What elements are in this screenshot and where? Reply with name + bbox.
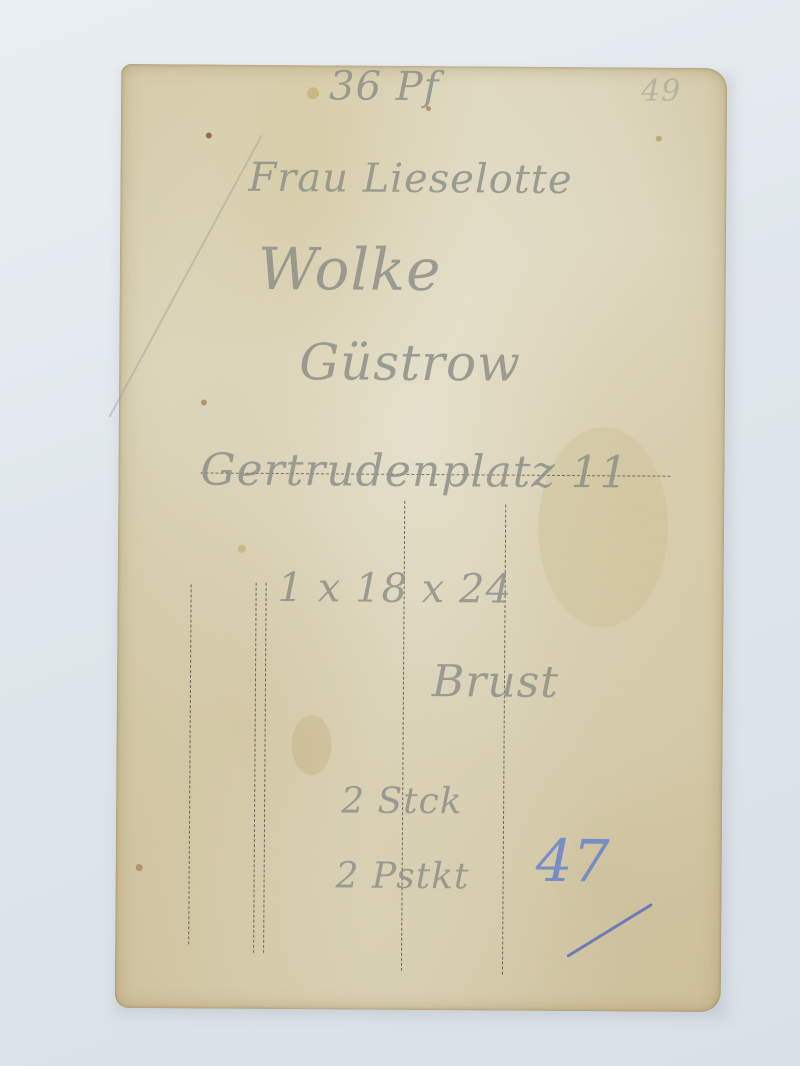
stain-spot bbox=[206, 132, 212, 138]
stain-spot bbox=[201, 399, 207, 405]
postcard-back: 36 Pf 49 Frau Lieselotte Wolke Güstrow G… bbox=[115, 64, 728, 1012]
divider-line bbox=[263, 583, 267, 953]
stain-spot bbox=[136, 864, 143, 871]
paper-crease bbox=[109, 135, 263, 417]
handwritten-size: 1 x 18 x 24 bbox=[277, 565, 512, 613]
handwritten-type: Brust bbox=[432, 656, 559, 708]
handwritten-quantity-1: 2 Stck bbox=[341, 780, 463, 822]
handwritten-city: Güstrow bbox=[299, 333, 521, 393]
stain-spot bbox=[291, 715, 331, 775]
handwritten-street: Gertrudenplatz 11 bbox=[200, 444, 628, 498]
blue-ink-stroke bbox=[566, 903, 653, 958]
stain-spot bbox=[238, 545, 246, 553]
stain-spot bbox=[656, 136, 662, 142]
handwritten-recipient-title: Frau Lieselotte bbox=[248, 155, 572, 203]
handwritten-quantity-2: 2 Pstkt bbox=[335, 855, 469, 897]
blue-ink-number: 47 bbox=[536, 827, 610, 896]
handwritten-recipient-surname: Wolke bbox=[258, 235, 442, 304]
divider-line bbox=[253, 583, 257, 953]
divider-line bbox=[188, 584, 192, 944]
stain-spot bbox=[307, 87, 319, 99]
handwritten-price: 36 Pf bbox=[329, 63, 440, 110]
handwritten-corner-number: 49 bbox=[641, 74, 681, 109]
